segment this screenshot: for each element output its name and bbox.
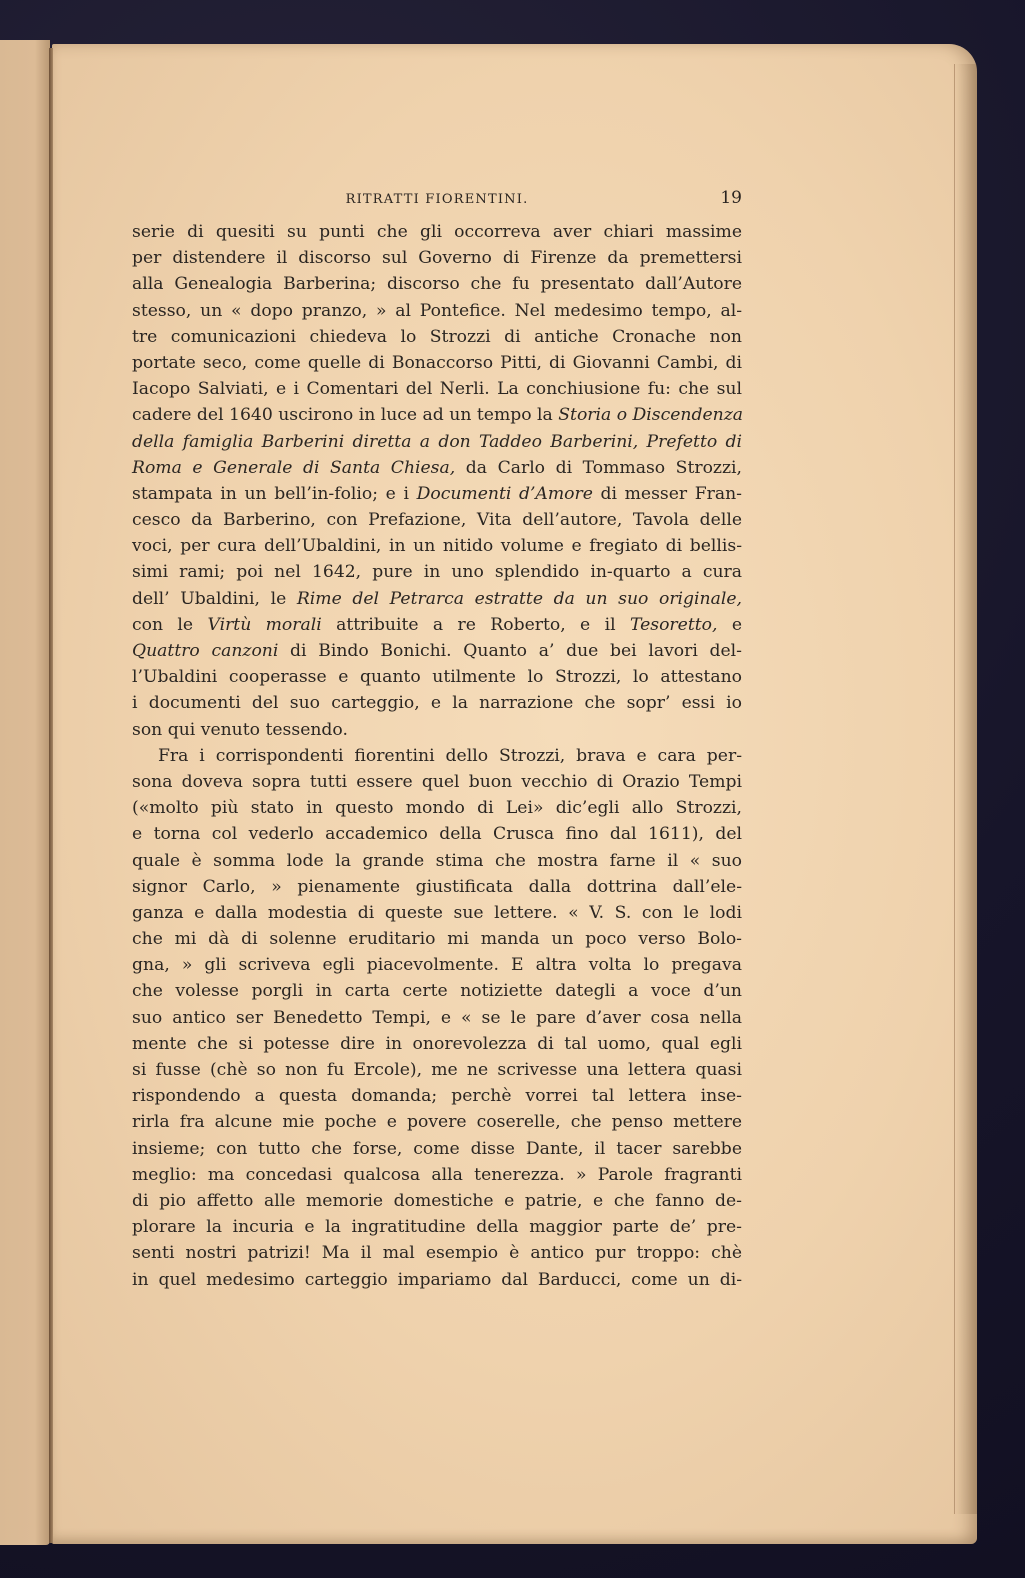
italic-title: Documenti d’Amore [417, 484, 593, 504]
text-run: in quel medesimo carteggio impariamo dal… [132, 1270, 742, 1290]
page-number: 19 [720, 188, 742, 208]
text-run: cesco da Barberino, con Prefazione, Vita… [132, 510, 742, 530]
text-line: stesso, un « dopo pranzo, » al Pontefice… [132, 298, 742, 324]
text-run: quale è somma lode la grande stima che m… [132, 851, 742, 871]
text-run: meglio: ma concedasi qualcosa alla tener… [132, 1165, 742, 1185]
text-line: («molto più stato in questo mondo di Lei… [132, 795, 742, 821]
text-line: voci, per cura dell’Ubaldini, in un niti… [132, 533, 742, 559]
text-run: portate seco, come quelle di Bonaccorso … [132, 353, 742, 373]
text-run: son qui venuto tessendo. [132, 720, 348, 740]
text-line: i documenti del suo carteggio, e la narr… [132, 690, 742, 716]
text-run: alla Genealogia Barberina; discorso che … [132, 274, 742, 294]
text-run: Iacopo Salviati, e i Comentari del Nerli… [132, 379, 742, 399]
text-run: simi rami; poi nel 1642, pure in uno spl… [132, 562, 742, 582]
text-run: di pio affetto alle memorie domestiche e… [132, 1191, 742, 1211]
text-run: tre comunicazioni chiedeva lo Strozzi di… [132, 327, 742, 347]
text-line: cesco da Barberino, con Prefazione, Vita… [132, 507, 742, 533]
text-line: stampata in un bell’in-folio; e i Docume… [132, 481, 742, 507]
text-run: dell’ Ubaldini, le [132, 589, 297, 609]
text-run: che volesse porgli in carta certe notizi… [132, 981, 742, 1001]
text-line: di pio affetto alle memorie domestiche e… [132, 1188, 742, 1214]
text-run: plorare la incuria e la ingratitudine de… [132, 1217, 742, 1237]
text-line: gna, » gli scriveva egli piacevolmente. … [132, 952, 742, 978]
book-gutter [49, 48, 53, 1543]
text-line: meglio: ma concedasi qualcosa alla tener… [132, 1162, 742, 1188]
text-run: con le [132, 615, 207, 635]
text-line: son qui venuto tessendo. [132, 717, 742, 743]
text-line: sona doveva sopra tutti essere quel buon… [132, 769, 742, 795]
text-run: rirla fra alcune mie poche e povere cose… [132, 1112, 742, 1132]
text-line: cadere del 1640 uscirono in luce ad un t… [132, 402, 742, 428]
text-run: insieme; con tutto che forse, come disse… [132, 1139, 742, 1159]
text-line: signor Carlo, » pienamente giustificata … [132, 874, 742, 900]
text-run: voci, per cura dell’Ubaldini, in un niti… [132, 536, 742, 556]
text-run: da Carlo di Tommaso Strozzi, [455, 458, 742, 478]
text-run: per distendere il discorso sul Governo d… [132, 248, 742, 268]
text-run: stampata in un bell’in-folio; e i [132, 484, 417, 504]
page-header: RITRATTI FIORENTINI. 19 [132, 188, 742, 212]
text-line: Roma e Generale di Santa Chiesa, da Carl… [132, 455, 742, 481]
text-run: cadere del 1640 uscirono in luce ad un t… [132, 405, 558, 425]
text-line: con le Virtù morali attribuite a re Robe… [132, 612, 742, 638]
text-line: plorare la incuria e la ingratitudine de… [132, 1214, 742, 1240]
italic-title: della famiglia Barberini diretta a don T… [132, 432, 742, 452]
text-line: rirla fra alcune mie poche e povere cose… [132, 1109, 742, 1135]
text-run: l’Ubaldini cooperasse e quanto utilmente… [132, 667, 742, 687]
text-line: per distendere il discorso sul Governo d… [132, 245, 742, 271]
italic-title: Virtù morali [207, 615, 321, 635]
text-run: e torna col vederlo accademico della Cru… [132, 824, 742, 844]
text-run: si fusse (chè so non fu Ercole), me ne s… [132, 1060, 742, 1080]
text-line: portate seco, come quelle di Bonaccorso … [132, 350, 742, 376]
running-title: RITRATTI FIORENTINI. [132, 192, 742, 207]
text-run: i documenti del suo carteggio, e la narr… [132, 693, 742, 713]
text-run: attribuite a re Roberto, e il [322, 615, 630, 635]
text-run: senti nostri patrizi! Ma il mal esempio … [132, 1243, 742, 1263]
text-line: insieme; con tutto che forse, come disse… [132, 1136, 742, 1162]
text-line: in quel medesimo carteggio impariamo dal… [132, 1267, 742, 1293]
text-run: signor Carlo, » pienamente giustificata … [132, 877, 742, 897]
text-run: di Bindo Bonichi. Quanto a’ due bei lavo… [278, 641, 742, 661]
italic-title: Storia o Discendenza [558, 405, 743, 425]
text-line: Quattro canzoni di Bindo Bonichi. Quanto… [132, 638, 742, 664]
text-line: Iacopo Salviati, e i Comentari del Nerli… [132, 376, 742, 402]
text-run: ganza e dalla modestia di queste sue let… [132, 903, 742, 923]
page-fore-edge [954, 64, 977, 1514]
text-line: simi rami; poi nel 1642, pure in uno spl… [132, 559, 742, 585]
text-line: che mi dà di solenne eruditario mi manda… [132, 926, 742, 952]
text-line: l’Ubaldini cooperasse e quanto utilmente… [132, 664, 742, 690]
italic-title: Tesoretto, [630, 615, 717, 635]
text-line: si fusse (chè so non fu Ercole), me ne s… [132, 1057, 742, 1083]
text-line: quale è somma lode la grande stima che m… [132, 848, 742, 874]
text-line: ganza e dalla modestia di queste sue let… [132, 900, 742, 926]
text-line: senti nostri patrizi! Ma il mal esempio … [132, 1240, 742, 1266]
text-run: stesso, un « dopo pranzo, » al Pontefice… [132, 301, 742, 321]
text-run: Fra i corrispondenti fiorentini dello St… [158, 746, 742, 766]
text-run: («molto più stato in questo mondo di Lei… [132, 798, 742, 818]
text-run: che mi dà di solenne eruditario mi manda… [132, 929, 742, 949]
text-run: mente che si potesse dire in onorevolezz… [132, 1034, 742, 1054]
text-line: Fra i corrispondenti fiorentini dello St… [132, 743, 742, 769]
italic-title: Quattro canzoni [132, 641, 278, 661]
text-line: che volesse porgli in carta certe notizi… [132, 978, 742, 1004]
text-run: rispondendo a questa domanda; perchè vor… [132, 1086, 742, 1106]
text-line: e torna col vederlo accademico della Cru… [132, 821, 742, 847]
text-line: dell’ Ubaldini, le Rime del Petrarca est… [132, 586, 742, 612]
facing-page-edge [0, 40, 50, 1545]
text-run: serie di quesiti su punti che gli occorr… [132, 222, 742, 242]
text-line: serie di quesiti su punti che gli occorr… [132, 219, 742, 245]
text-run: di messer Fran- [593, 484, 742, 504]
italic-title: Roma e Generale di Santa Chiesa, [132, 458, 455, 478]
text-run: e [717, 615, 742, 635]
body-text: serie di quesiti su punti che gli occorr… [132, 219, 742, 1293]
text-line: alla Genealogia Barberina; discorso che … [132, 271, 742, 297]
text-line: della famiglia Barberini diretta a don T… [132, 429, 742, 455]
text-run: suo antico ser Benedetto Tempi, e « se l… [132, 1008, 742, 1028]
text-line: rispondendo a questa domanda; perchè vor… [132, 1083, 742, 1109]
italic-title: Rime del Petrarca estratte da un suo ori… [297, 589, 742, 609]
text-line: tre comunicazioni chiedeva lo Strozzi di… [132, 324, 742, 350]
text-line: suo antico ser Benedetto Tempi, e « se l… [132, 1005, 742, 1031]
text-run: gna, » gli scriveva egli piacevolmente. … [132, 955, 742, 975]
text-line: mente che si potesse dire in onorevolezz… [132, 1031, 742, 1057]
text-run: sona doveva sopra tutti essere quel buon… [132, 772, 742, 792]
